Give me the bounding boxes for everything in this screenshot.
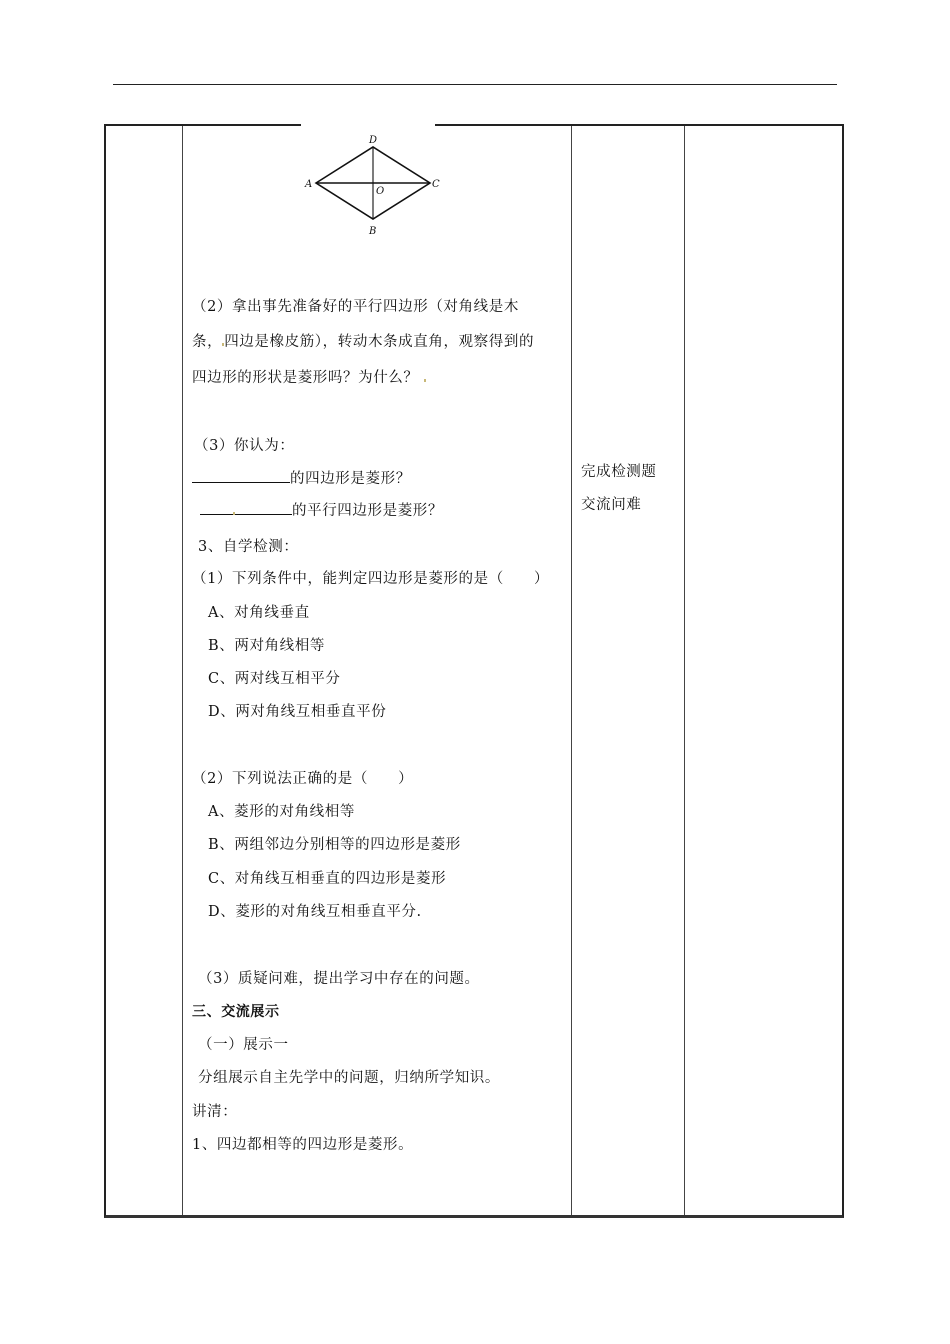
show1-title: （一）展示一 <box>198 1036 289 1054</box>
test1-option-a: A、对角线垂直 <box>208 604 310 622</box>
self-test-title: 3、自学检测： <box>198 538 298 556</box>
q2-line2-a: 条， <box>192 334 222 350</box>
top-border-gap <box>301 123 435 127</box>
q2-line2: 条，四边是橡皮筋），转动木条成直角，观察得到的 <box>192 333 534 351</box>
section3-title: 三、交流展示 <box>192 1003 280 1021</box>
header-rule <box>113 84 837 85</box>
test2-option-b: B、两组邻边分别相等的四边形是菱形 <box>208 836 461 854</box>
test2-option-c: C、对角线互相垂直的四边形是菱形 <box>208 870 446 888</box>
q2-line2-b: 四边是橡皮筋），转动木条成直角，观察得到的 <box>224 334 534 350</box>
test3: （3）质疑问难，提出学习中存在的问题。 <box>198 970 480 988</box>
q3-blank2-line: 的平行四边形是菱形？ <box>200 500 443 520</box>
q3-blank1-suffix: 的四边形是菱形？ <box>290 471 411 487</box>
label-d: D <box>368 135 377 146</box>
test2-option-a: A、菱形的对角线相等 <box>208 803 355 821</box>
test2-question: （2）下列说法正确的是（ ） <box>192 770 413 788</box>
activity-line1: 完成检测题 <box>581 463 657 481</box>
test1-question: （1）下列条件中，能判定四边形是菱形的是（ ） <box>192 570 549 588</box>
column-divider <box>571 126 572 1215</box>
test1-option-c: C、两对线互相平分 <box>208 670 341 688</box>
q2-line1: （2）拿出事先准备好的平行四边形（对角线是木 <box>192 298 519 316</box>
label-a: A <box>304 179 312 190</box>
answer-blank[interactable] <box>192 468 290 483</box>
column-divider <box>182 126 183 1215</box>
test1-option-d: D、两对角线互相垂直平份 <box>208 703 386 721</box>
test1-option-b: B、两对角线相等 <box>208 637 325 655</box>
q2-line3-text: 四边形的形状是菱形吗？为什么？ <box>192 370 419 386</box>
answer-blank[interactable] <box>235 500 292 515</box>
content-cell: D A C B O （2）拿出事先准备好的平行四边形（对角线是木 条，四边是橡皮… <box>184 126 571 1215</box>
point1: 1、四边都相等的四边形是菱形。 <box>192 1136 413 1154</box>
rhombus-diagram: D A C B O <box>294 132 454 244</box>
q3-blank2-suffix: 的平行四边形是菱形？ <box>292 503 443 519</box>
explain-label: 讲清： <box>192 1103 237 1121</box>
q3-blank1-line: 的四边形是菱形？ <box>192 468 411 488</box>
label-c: C <box>432 179 440 190</box>
test2-option-d: D、菱形的对角线互相垂直平分. <box>208 903 422 921</box>
q2-line3: 四边形的形状是菱形吗？为什么？ <box>192 369 426 387</box>
edit-mark <box>424 379 426 382</box>
activity-line2: 交流问难 <box>581 496 641 514</box>
lesson-table: D A C B O （2）拿出事先准备好的平行四边形（对角线是木 条，四边是橡皮… <box>104 124 844 1218</box>
q3-title: （3）你认为： <box>194 437 294 455</box>
label-o: O <box>376 186 384 197</box>
label-b: B <box>368 226 376 237</box>
answer-blank[interactable] <box>200 500 233 515</box>
column-divider <box>684 126 685 1215</box>
activity-cell: 完成检测题 交流问难 <box>573 126 684 1215</box>
show1-desc: 分组展示自主先学中的问题，归纳所学知识。 <box>198 1069 500 1087</box>
